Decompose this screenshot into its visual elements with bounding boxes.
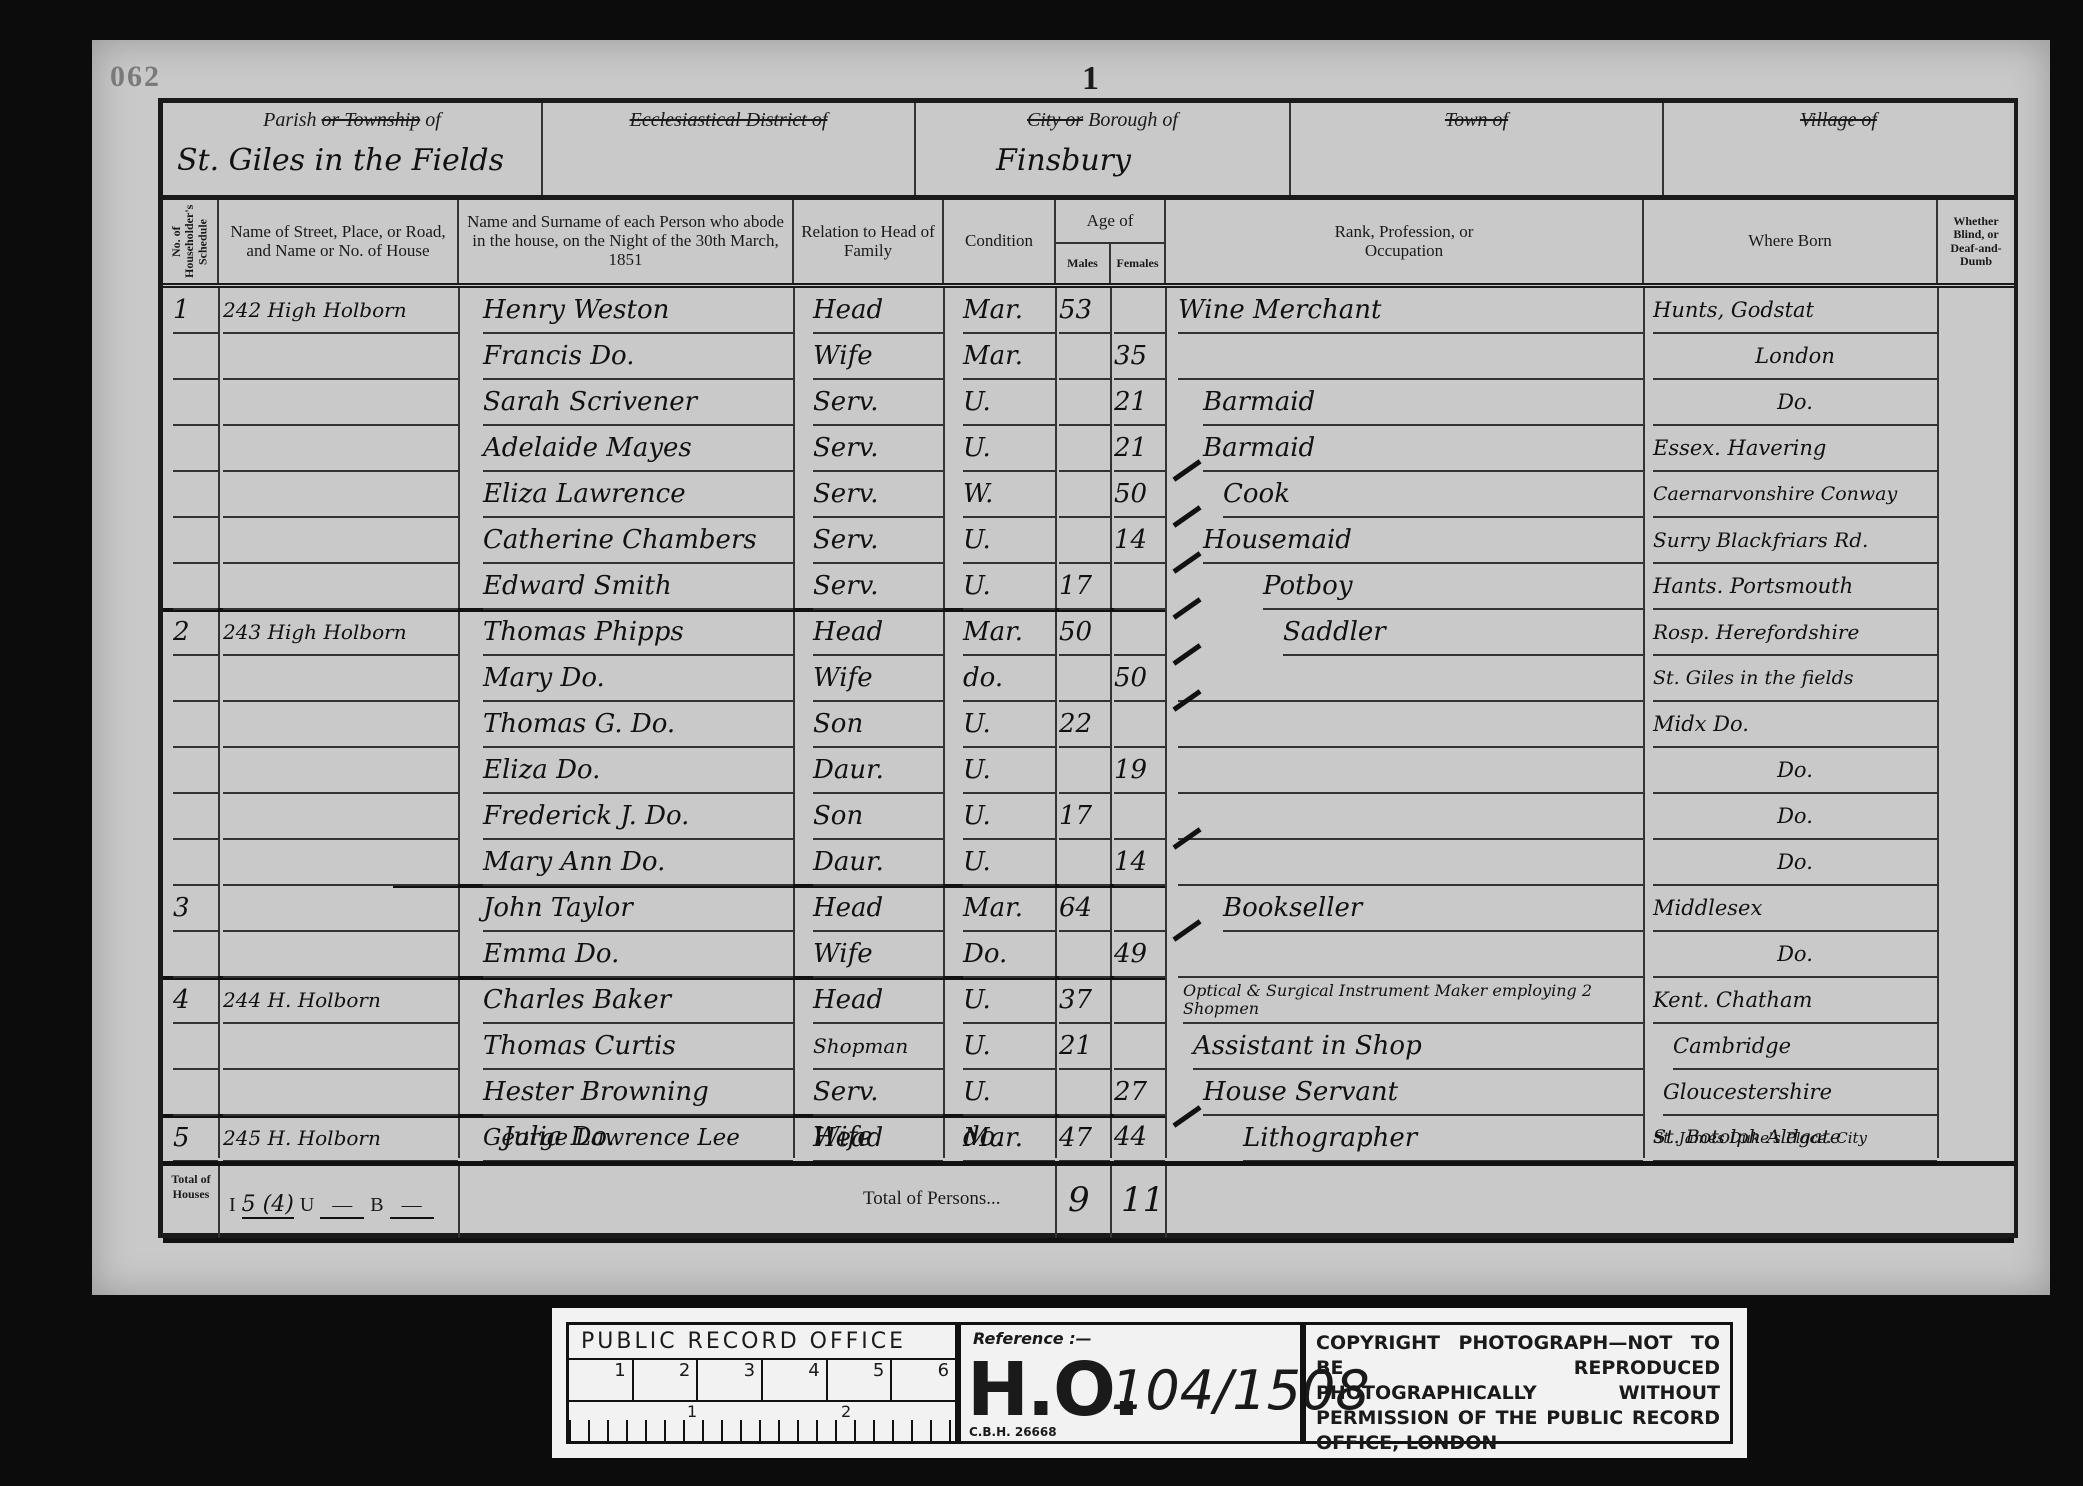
reference-label: Reference :—	[973, 1329, 1092, 1348]
occupation	[1178, 1114, 1643, 1160]
ecclesiastical-cell: Ecclesiastical District of	[543, 103, 916, 195]
male-age: 37	[1059, 978, 1110, 1024]
occupation: Assistant in Shop	[1193, 1024, 1643, 1070]
person-name: Francis Do.	[483, 334, 793, 380]
female-age: 19	[1114, 748, 1165, 794]
building-value: —	[390, 1194, 434, 1219]
birthplace: St. Giles in the fields	[1653, 656, 1937, 702]
birthplace: Hants. Portsmouth	[1653, 564, 1937, 610]
person-row: Francis Do. Wife Mar. 35 London	[163, 334, 2014, 380]
female-age	[1114, 1024, 1165, 1070]
city-struck-label: City or	[1027, 109, 1083, 131]
female-age: 44	[1114, 1114, 1165, 1160]
person-row: Mary Ann Do. Daur. U. 14 Do.	[163, 840, 2014, 886]
person-name: Hester Browning	[483, 1070, 793, 1116]
person-row: Eliza Lawrence Serv. W. 50 Cook Caernarv…	[163, 472, 2014, 518]
female-age: 50	[1114, 472, 1165, 518]
relation: Serv.	[813, 1070, 943, 1116]
schedule-number	[173, 656, 218, 702]
person-name: Emma Do.	[483, 932, 793, 978]
parish-value: St. Giles in the Fields	[177, 143, 504, 178]
occupation: House Servant	[1203, 1070, 1643, 1116]
occupation: Bookseller	[1223, 886, 1643, 932]
relation: Wife	[813, 656, 943, 702]
person-name: Eliza Lawrence	[483, 472, 793, 518]
header-age: Age of	[1056, 200, 1164, 244]
condition: U.	[963, 518, 1055, 564]
person-row: Emma Do. Wife Do. 49 Do.	[163, 932, 2014, 978]
condition: U.	[963, 702, 1055, 748]
female-age: 35	[1114, 334, 1165, 380]
relation: Head	[813, 610, 943, 656]
occupation	[1178, 334, 1643, 380]
copyright-notice: COPYRIGHT PHOTOGRAPH—NOT TO BE REPRODUCE…	[1306, 1325, 1730, 1462]
person-row: 4 244 H. Holborn Charles Baker Head U. 3…	[163, 978, 2014, 1024]
column-header-row: No. of Householder's Schedule Name of St…	[163, 200, 2014, 288]
person-name: Thomas G. Do.	[483, 702, 793, 748]
male-age: 22	[1059, 702, 1110, 748]
females-total: 11	[1121, 1180, 1164, 1220]
ecclesiastical-label: Ecclesiastical District of	[543, 109, 914, 132]
relation: Serv.	[813, 380, 943, 426]
person-name: Thomas Curtis	[483, 1024, 793, 1070]
person-name: Adelaide Mayes	[483, 426, 793, 472]
occupation: Cook	[1223, 472, 1643, 518]
street-address: 243 High Holborn	[223, 610, 458, 656]
male-age	[1059, 472, 1110, 518]
males-total: 9	[1068, 1180, 1090, 1220]
person-row: Adelaide Mayes Serv. U. 21 Barmaid Essex…	[163, 426, 2014, 472]
pro-scale-box: PUBLIC RECORD OFFICE 1 2 3 4 5 6 1 2	[566, 1322, 958, 1444]
birthplace: Midx Do.	[1653, 702, 1937, 748]
ruler-mark: 4	[763, 1360, 828, 1400]
person-row: 2 243 High Holborn Thomas Phipps Head Ma…	[163, 610, 2014, 656]
header-age-subcols: Males Females	[1056, 244, 1164, 283]
relation: Head	[813, 886, 943, 932]
female-age	[1114, 564, 1165, 610]
occupation: Housemaid	[1203, 518, 1643, 564]
person-row: 1 242 High Holborn Henry Weston Head Mar…	[163, 288, 2014, 334]
village-cell: Village of	[1664, 103, 2013, 195]
female-age	[1114, 978, 1165, 1024]
street-address	[223, 334, 458, 380]
header-condition: Condition	[965, 232, 1033, 251]
schedule-number: 2	[173, 610, 218, 656]
male-age	[1059, 380, 1110, 426]
schedule-number	[173, 334, 218, 380]
birthplace: Hunts, Godstat	[1653, 288, 1937, 334]
person-name: Julia Do.	[503, 1114, 793, 1160]
condition: do.	[963, 656, 1055, 702]
street-address	[223, 656, 458, 702]
uninhabited-value: —	[320, 1194, 364, 1219]
scale-ruler-bottom: 1 2	[569, 1402, 955, 1442]
male-age	[1059, 426, 1110, 472]
street-address	[223, 1024, 458, 1070]
street-address	[223, 426, 458, 472]
birthplace: Surry Blackfriars Rd.	[1653, 518, 1937, 564]
schedule-number	[173, 472, 218, 518]
condition: Mar.	[963, 334, 1055, 380]
person-name: Frederick J. Do.	[483, 794, 793, 840]
ruler-mark: 3	[698, 1360, 763, 1400]
occupation	[1178, 656, 1643, 702]
street-address	[223, 472, 458, 518]
condition: U.	[963, 426, 1055, 472]
totals-row: Total of Houses I 5 (4) U — B — Total of…	[163, 1161, 2014, 1243]
person-name: Mary Do.	[483, 656, 793, 702]
street-address	[223, 794, 458, 840]
street-address	[223, 702, 458, 748]
total-persons-label: Total of Persons...	[863, 1188, 1000, 1210]
condition: U.	[963, 1070, 1055, 1116]
parish-suffix: of	[425, 109, 441, 131]
birthplace: Gloucestershire	[1663, 1070, 1937, 1116]
male-age	[1059, 840, 1110, 886]
street-address	[223, 1070, 458, 1116]
condition: do.	[963, 1114, 1055, 1160]
condition: U.	[963, 564, 1055, 610]
parish-label: Parish	[263, 109, 316, 131]
col-divider	[458, 1166, 460, 1238]
male-age: 64	[1059, 886, 1110, 932]
street-address	[223, 380, 458, 426]
occupation	[1178, 748, 1643, 794]
col-divider	[1110, 1166, 1112, 1238]
male-age	[1059, 518, 1110, 564]
birthplace: Cambridge	[1673, 1024, 1937, 1070]
female-age	[1114, 610, 1165, 656]
schedule-number	[173, 518, 218, 564]
occupation	[1178, 794, 1643, 840]
header-males: Males	[1056, 244, 1111, 283]
street-address: 242 High Holborn	[223, 288, 458, 334]
birthplace: London	[1653, 334, 1937, 380]
person-name: Henry Weston	[483, 288, 793, 334]
birthplace: Kent. Chatham	[1653, 978, 1937, 1024]
person-name: Catherine Chambers	[483, 518, 793, 564]
occupation: Wine Merchant	[1178, 288, 1643, 334]
female-age: 14	[1114, 840, 1165, 886]
person-row: Sarah Scrivener Serv. U. 21 Barmaid Do.	[163, 380, 2014, 426]
birthplace: Do.	[1653, 932, 1937, 978]
header-name: Name and Surname of each Person who abod…	[459, 213, 792, 269]
page-number: 1	[1082, 60, 1099, 98]
person-name: Eliza Do.	[483, 748, 793, 794]
folio-stamp: 062	[110, 60, 161, 94]
female-age: 21	[1114, 380, 1165, 426]
schedule-number	[173, 380, 218, 426]
person-row: 3 John Taylor Head Mar. 64 Bookseller Mi…	[163, 886, 2014, 932]
female-age: 27	[1114, 1070, 1165, 1116]
street-address	[223, 518, 458, 564]
pro-reference-slip: PUBLIC RECORD OFFICE 1 2 3 4 5 6 1 2 Ref…	[552, 1308, 1747, 1458]
inhabited-value: 5 (4)	[242, 1192, 294, 1219]
condition: Mar.	[963, 886, 1055, 932]
female-age: 14	[1114, 518, 1165, 564]
schedule-number	[173, 932, 218, 978]
street-address	[223, 886, 458, 932]
condition: U.	[963, 978, 1055, 1024]
schedule-number	[173, 426, 218, 472]
birthplace: Do.	[1653, 840, 1937, 886]
male-age: 17	[1059, 794, 1110, 840]
ruler-mark: 1	[687, 1402, 697, 1421]
relation: Serv.	[813, 472, 943, 518]
ruler-mark: 5	[828, 1360, 893, 1400]
schedule-number	[173, 748, 218, 794]
condition: U.	[963, 1024, 1055, 1070]
occupation	[1178, 840, 1643, 886]
occupation: Optical & Surgical Instrument Maker empl…	[1183, 978, 1643, 1024]
female-age: 21	[1114, 426, 1165, 472]
condition: U.	[963, 794, 1055, 840]
street-address	[223, 748, 458, 794]
birthplace: Caernarvonshire Conway	[1653, 472, 1937, 518]
female-age	[1114, 886, 1165, 932]
header-females: Females	[1111, 244, 1164, 283]
inhabited-label: I	[229, 1194, 236, 1217]
condition: Mar.	[963, 288, 1055, 334]
person-name: Sarah Scrivener	[483, 380, 793, 426]
borough-label: Borough of	[1088, 109, 1178, 131]
col-divider	[1055, 1166, 1057, 1238]
person-row: Julia Do. Wife do. 44 St. Botolph Aldgat…	[163, 1114, 2014, 1160]
male-age	[1059, 748, 1110, 794]
person-name: John Taylor	[483, 886, 793, 932]
person-row: Hester Browning Serv. U. 27 House Servan…	[163, 1070, 2014, 1116]
male-age: 17	[1059, 564, 1110, 610]
male-age: 50	[1059, 610, 1110, 656]
place-header-row: Parish or Township of St. Giles in the F…	[163, 103, 2014, 200]
birthplace: Do.	[1653, 748, 1937, 794]
borough-value: Finsbury	[996, 143, 1131, 178]
schedule-number: 1	[173, 288, 218, 334]
female-age: 50	[1114, 656, 1165, 702]
person-name: Charles Baker	[483, 978, 793, 1024]
female-age	[1114, 288, 1165, 334]
schedule-number: 4	[173, 978, 218, 1024]
relation: Son	[813, 794, 943, 840]
schedule-number	[173, 1070, 218, 1116]
relation: Wife	[813, 334, 943, 380]
street-address: 244 H. Holborn	[223, 978, 458, 1024]
ruler-mark: 2	[841, 1402, 851, 1421]
relation: Shopman	[813, 1024, 943, 1070]
relation: Serv.	[813, 518, 943, 564]
person-row: Eliza Do. Daur. U. 19 Do.	[163, 748, 2014, 794]
male-age	[1059, 932, 1110, 978]
condition: Do.	[963, 932, 1055, 978]
reference-box: Reference :— H.O. 104/1508 C.B.H. 26668	[958, 1322, 1303, 1444]
street-address	[223, 932, 458, 978]
female-age: 49	[1114, 932, 1165, 978]
schedule-number	[173, 564, 218, 610]
street-address	[223, 840, 458, 886]
relation: Serv.	[813, 426, 943, 472]
header-occupation: Rank, Profession, or Occupation	[1324, 223, 1484, 260]
ruler-mark: 2	[634, 1360, 699, 1400]
person-row: Edward Smith Serv. U. 17 Potboy Hants. P…	[163, 564, 2014, 610]
header-relation: Relation to Head of Family	[794, 223, 942, 260]
street-address	[223, 1114, 458, 1160]
male-age: 21	[1059, 1024, 1110, 1070]
schedule-number	[173, 840, 218, 886]
person-row: Catherine Chambers Serv. U. 14 Housemaid…	[163, 518, 2014, 564]
birthplace: Middlesex	[1653, 886, 1937, 932]
header-age-group: Age of Males Females	[1056, 200, 1166, 283]
condition: Mar.	[963, 610, 1055, 656]
relation: Daur.	[813, 840, 943, 886]
person-row: Thomas Curtis Shopman U. 21 Assistant in…	[163, 1024, 2014, 1070]
person-name: Mary Ann Do.	[483, 840, 793, 886]
header-blind: Whether Blind, or Deaf-and-Dumb	[1938, 215, 2014, 268]
scale-ruler-top: 1 2 3 4 5 6	[569, 1360, 955, 1402]
township-struck-label: or Township	[322, 109, 421, 131]
female-age	[1114, 702, 1165, 748]
occupation: Potboy	[1263, 564, 1643, 610]
birthplace: St. Botolph Aldgate	[1653, 1114, 1937, 1160]
header-street: Name of Street, Place, or Road, and Name…	[219, 223, 457, 260]
street-address	[223, 564, 458, 610]
condition: W.	[963, 472, 1055, 518]
male-age	[1059, 1070, 1110, 1116]
house-counts: I 5 (4) U — B —	[229, 1192, 434, 1219]
occupation	[1178, 932, 1643, 978]
relation: Serv.	[813, 564, 943, 610]
occupation	[1178, 702, 1643, 748]
relation: Head	[813, 288, 943, 334]
person-row: Mary Do. Wife do. 50 St. Giles in the fi…	[163, 656, 2014, 702]
copyright-box: COPYRIGHT PHOTOGRAPH—NOT TO BE REPRODUCE…	[1303, 1322, 1733, 1444]
birthplace: Rosp. Herefordshire	[1653, 610, 1937, 656]
census-table: Parish or Township of St. Giles in the F…	[158, 98, 2018, 1238]
schedule-number	[173, 702, 218, 748]
relation: Head	[813, 978, 943, 1024]
occupation: Barmaid	[1203, 380, 1643, 426]
schedule-number	[173, 794, 218, 840]
schedule-number	[173, 1024, 218, 1070]
ruler-mark: 6	[892, 1360, 955, 1400]
condition: U.	[963, 748, 1055, 794]
census-page: 062 1 Parish or Township of St. Giles in…	[92, 40, 2050, 1295]
relation: Daur.	[813, 748, 943, 794]
schedule-number	[173, 1114, 218, 1160]
person-name: Thomas Phipps	[483, 610, 793, 656]
col-divider	[1165, 1166, 1167, 1238]
relation: Wife	[813, 1114, 943, 1160]
census-rows: 1 242 High Holborn Henry Weston Head Mar…	[163, 288, 2014, 1158]
borough-cell: City or Borough of Finsbury	[916, 103, 1291, 195]
total-houses-label: Total of Houses	[165, 1172, 217, 1202]
person-row: Thomas G. Do. Son U. 22 Midx Do.	[163, 702, 2014, 748]
header-schedule: No. of Householder's Schedule	[170, 200, 210, 283]
person-name: Edward Smith	[483, 564, 793, 610]
town-label: Town of	[1291, 109, 1662, 132]
col-divider	[218, 1166, 220, 1238]
person-row: Frederick J. Do. Son U. 17 Do.	[163, 794, 2014, 840]
male-age	[1059, 334, 1110, 380]
condition: U.	[963, 840, 1055, 886]
village-label: Village of	[1664, 109, 2013, 132]
pro-title: PUBLIC RECORD OFFICE	[569, 1325, 955, 1360]
town-cell: Town of	[1291, 103, 1664, 195]
schedule-number: 3	[173, 886, 218, 932]
birthplace: Essex. Havering	[1653, 426, 1937, 472]
relation: Wife	[813, 932, 943, 978]
header-where-born: Where Born	[1748, 232, 1832, 251]
occupation: Saddler	[1283, 610, 1643, 656]
ruler-ticks	[569, 1420, 955, 1442]
birthplace: Do.	[1653, 794, 1937, 840]
female-age	[1114, 794, 1165, 840]
uninhabited-label: U	[300, 1194, 314, 1217]
male-age: 53	[1059, 288, 1110, 334]
catalogue-code: C.B.H. 26668	[969, 1425, 1057, 1439]
occupation: Barmaid	[1203, 426, 1643, 472]
male-age	[1059, 1114, 1110, 1160]
building-label: B	[370, 1194, 383, 1217]
parish-cell: Parish or Township of St. Giles in the F…	[163, 103, 543, 195]
condition: U.	[963, 380, 1055, 426]
ruler-mark: 1	[569, 1360, 634, 1400]
male-age	[1059, 656, 1110, 702]
relation: Son	[813, 702, 943, 748]
birthplace: Do.	[1653, 380, 1937, 426]
